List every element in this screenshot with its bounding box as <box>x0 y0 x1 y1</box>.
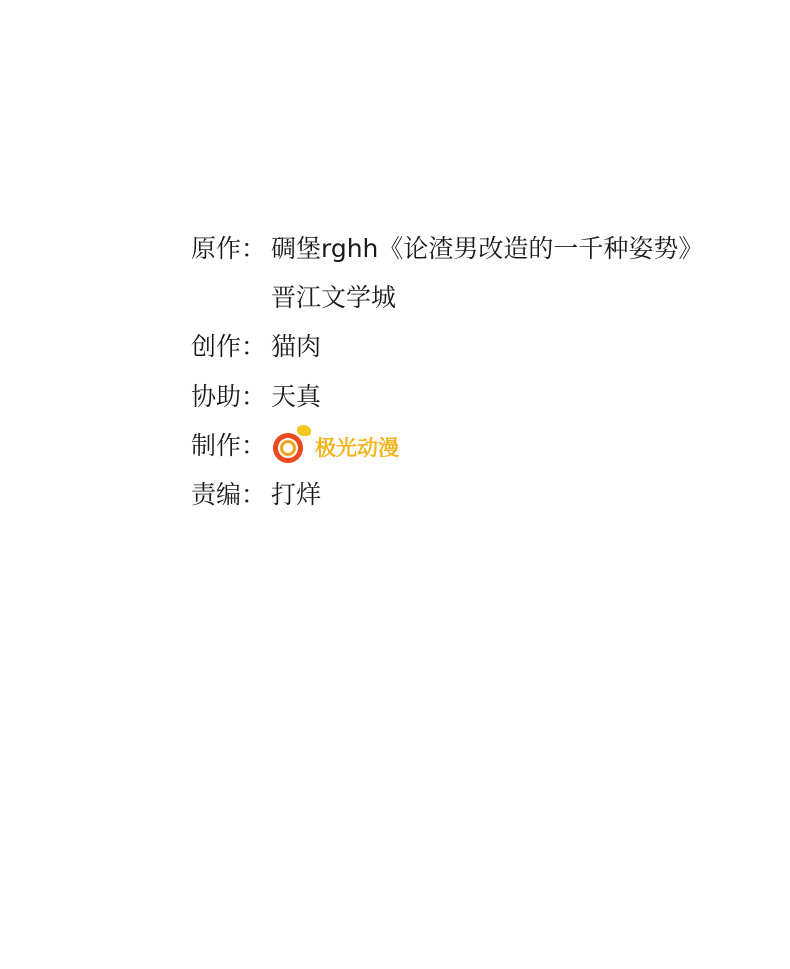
credit-value-original-source: 晋江文学城 <box>271 285 396 310</box>
credit-row-creation: 创作： 猫肉 <box>191 322 703 371</box>
credit-label-production: 制作： <box>191 433 271 458</box>
credit-value-editor: 打烊 <box>271 482 321 507</box>
credit-value-original: 碉堡rghh《论渣男改造的一千种姿势》 <box>271 236 703 261</box>
aurora-ring-logo-icon <box>271 427 307 463</box>
credit-label-original: 原作： <box>191 236 271 261</box>
credit-label-assist: 协助： <box>191 384 271 409</box>
credit-label-creation: 创作： <box>191 334 271 359</box>
credit-row-assist: 协助： 天真 <box>191 372 703 421</box>
credit-row-original: 原作： 碉堡rghh《论渣男改造的一千种姿势》 <box>191 224 703 273</box>
credit-row-original-source: 晋江文学城 <box>191 273 703 322</box>
credit-value-assist: 天真 <box>271 384 321 409</box>
credit-row-editor: 责编： 打烊 <box>191 470 703 519</box>
studio-logo-text: 极光动漫 <box>315 432 399 459</box>
logo-spark-shape <box>297 425 311 436</box>
studio-logo: 极光动漫 <box>271 425 399 465</box>
credit-row-production: 制作： 极光动漫 <box>191 421 703 470</box>
credit-value-creation: 猫肉 <box>271 334 321 359</box>
credits-block: 原作： 碉堡rghh《论渣男改造的一千种姿势》 晋江文学城 创作： 猫肉 协助：… <box>191 224 703 519</box>
credit-label-editor: 责编： <box>191 482 271 507</box>
